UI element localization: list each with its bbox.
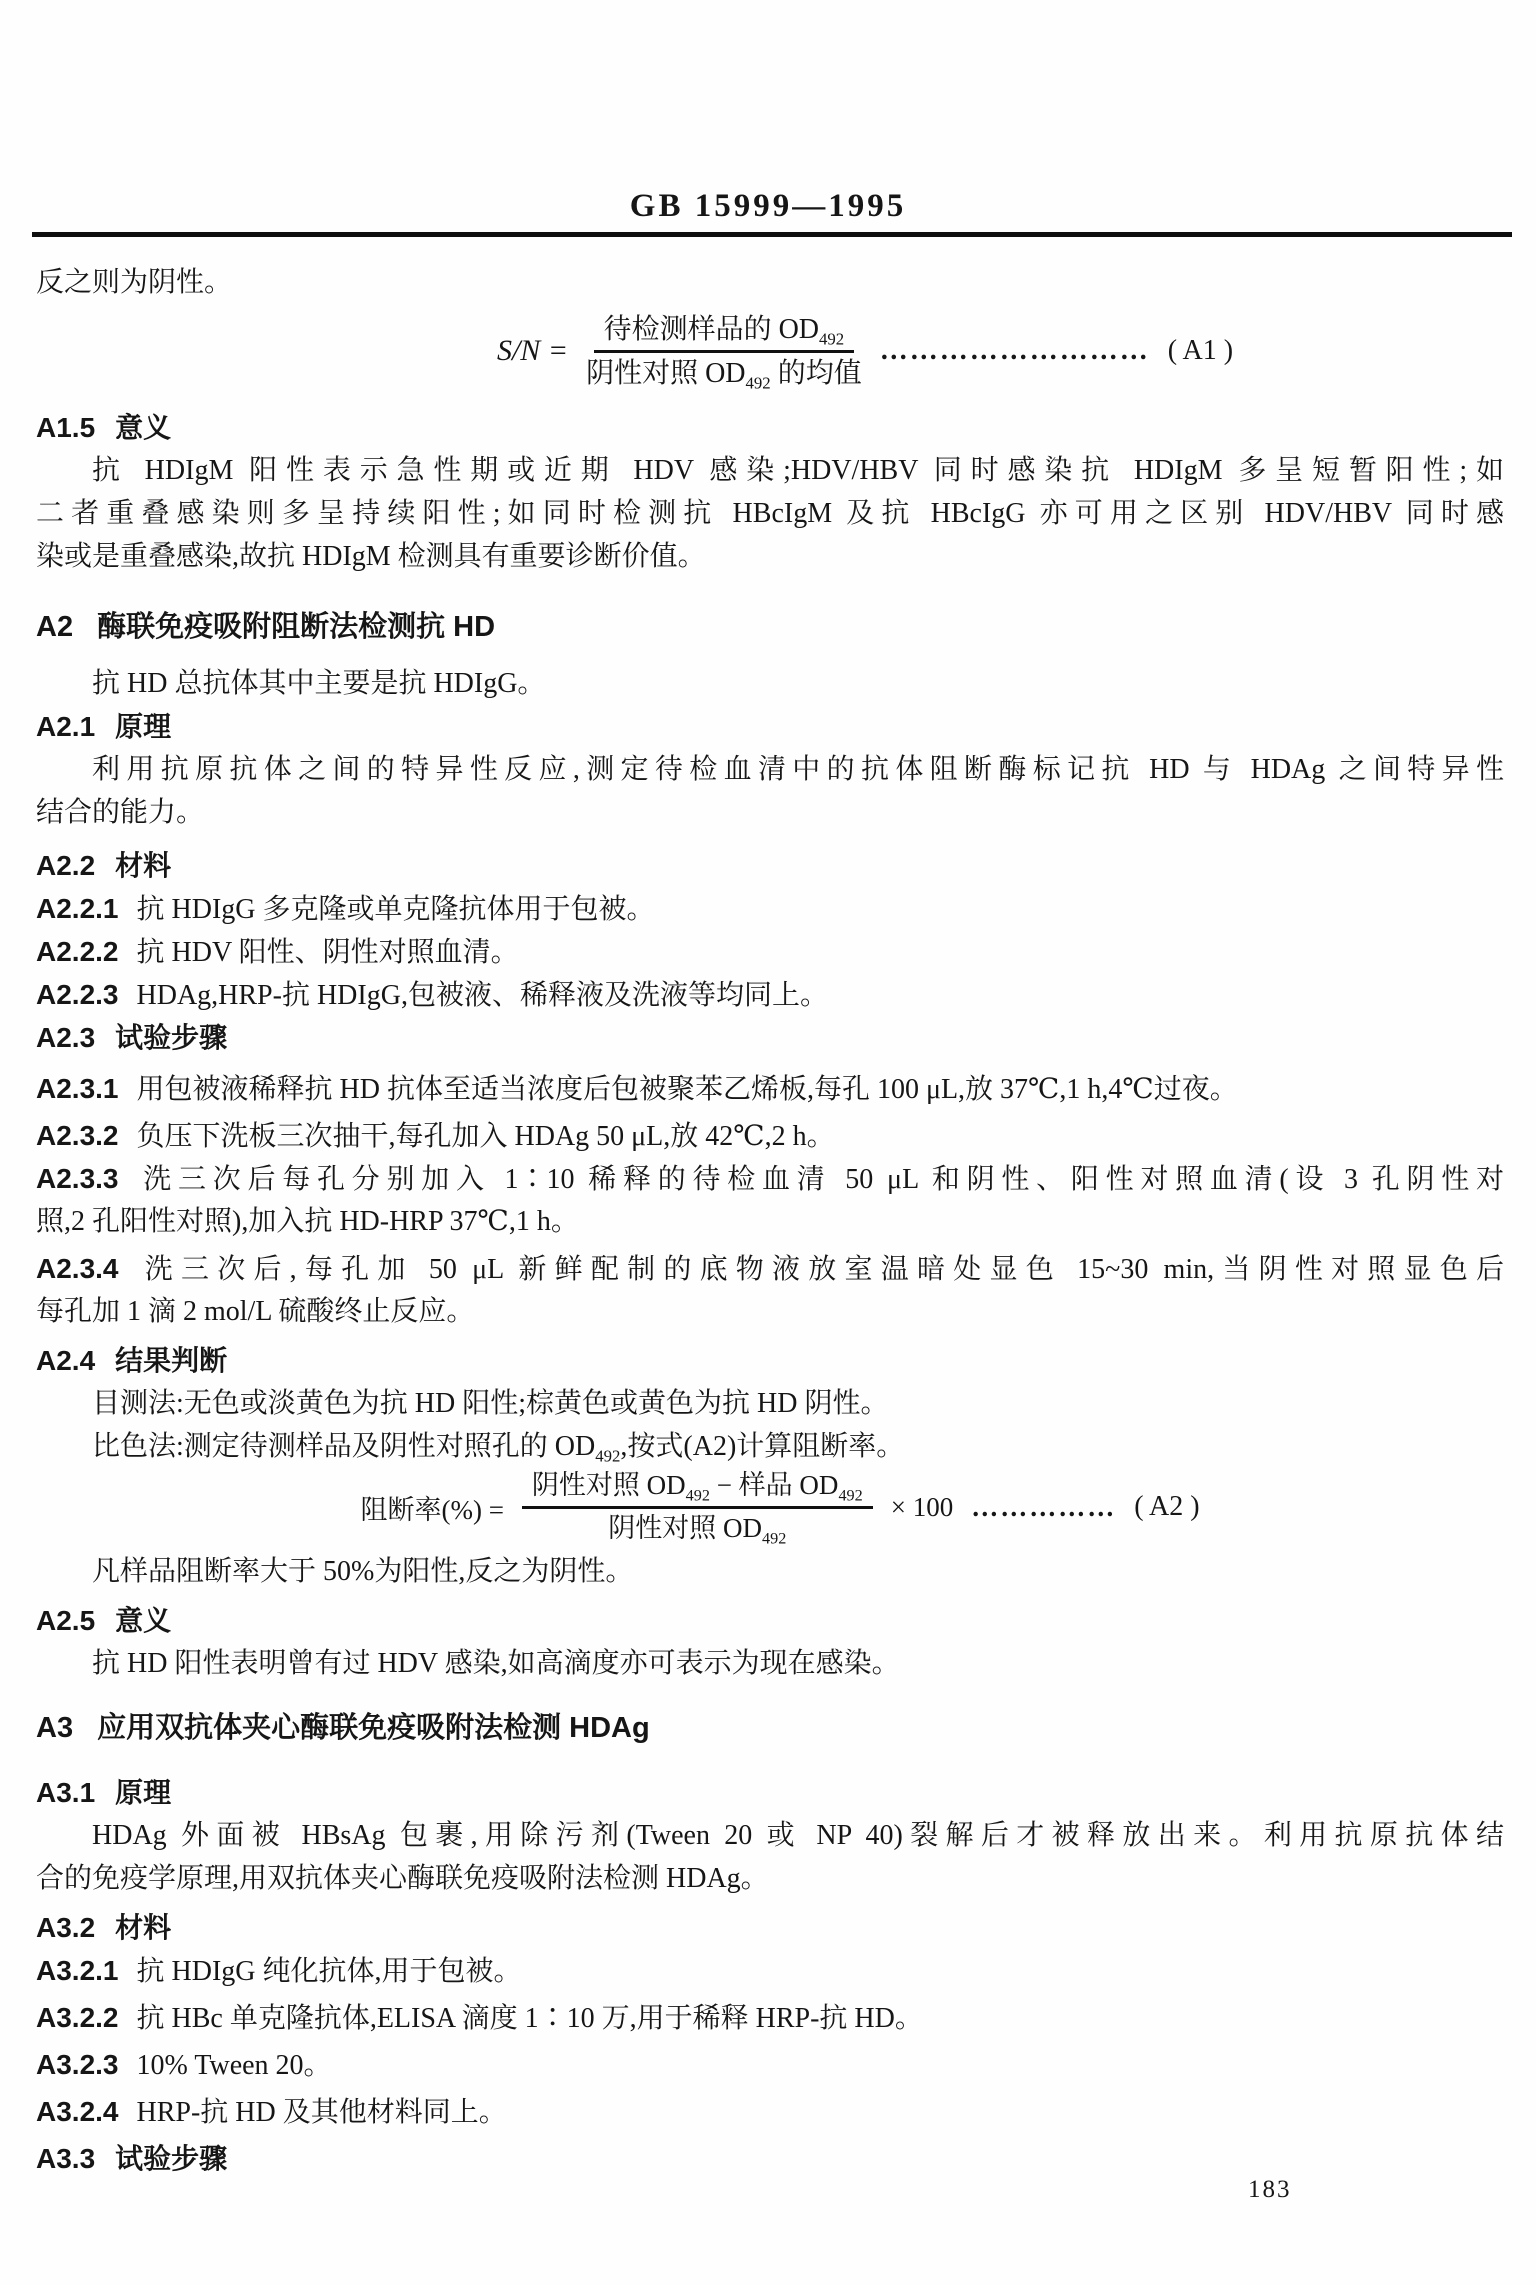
intro-line: 反之则为阴性。 (36, 261, 1504, 304)
paragraph-line: 抗 HD 总抗体其中主要是抗 HDIgG。 (36, 662, 1504, 705)
formula-a2-fraction: 阴性对照 OD492 − 样品 OD492 阴性对照 OD492 (522, 1469, 873, 1546)
formula-a1-denominator: 阴性对照 OD492 的均值 (586, 353, 862, 391)
clause-a2-2-2: A2.2.2抗 HDV 阳性、阴性对照血清。 (36, 930, 1504, 973)
document-page: GB 15999—1995 反之则为阴性。 S/N = 待检测样品的 OD492… (0, 0, 1536, 2285)
clause-a3-2-4: A3.2.4HRP-抗 HD 及其他材料同上。 (36, 2090, 1504, 2133)
section-heading-a3: A3应用双抗体夹心酶联免疫吸附法检测 HDAg (36, 1705, 1504, 1751)
document-content: 反之则为阴性。 S/N = 待检测样品的 OD492 阴性对照 OD492 的均… (0, 261, 1536, 2180)
clause-a2-3-3: A2.3.3洗三次后每孔分别加入 1∶10 稀释的待检血清 50 μL 和阴性、… (36, 1157, 1504, 1200)
paragraph-line: 抗 HDIgM 阳性表示急性期或近期 HDV 感染;HDV/HBV 同时感染抗 … (36, 449, 1504, 492)
formula-a1: S/N = 待检测样品的 OD492 阴性对照 OD492 的均值 ………………… (131, 308, 1536, 394)
formula-a1-numerator: 待检测样品的 OD492 (594, 312, 855, 353)
clause-heading-a1-5: A1.5意义 (36, 406, 1504, 449)
clause-heading-a2-5: A2.5意义 (36, 1599, 1504, 1642)
formula-a2-numerator: 阴性对照 OD492 − 样品 OD492 (522, 1469, 873, 1509)
header-rule (32, 232, 1512, 237)
clause-a2-3-4: A2.3.4洗三次后,每孔加 50 μL 新鲜配制的底物液放室温暗处显色 15~… (36, 1247, 1504, 1290)
clause-heading-a2-4: A2.4结果判断 (36, 1339, 1504, 1382)
paragraph-line: 结合的能力。 (36, 791, 1504, 834)
clause-heading-a2-3: A2.3试验步骤 (36, 1016, 1504, 1059)
standard-code: GB 15999—1995 (0, 0, 1536, 225)
paragraph-line: 目测法:无色或淡黄色为抗 HD 阳性;棕黄色或黄色为抗 HD 阴性。 (36, 1382, 1504, 1425)
formula-a2-lhs: 阻断率(%) = (360, 1488, 503, 1527)
paragraph-line: 合的免疫学原理,用双抗体夹心酶联免疫吸附法检测 HDAg。 (36, 1857, 1504, 1900)
formula-a2-multiplier: × 100 (891, 1492, 953, 1523)
formula-a1-fraction: 待检测样品的 OD492 阴性对照 OD492 的均值 (586, 312, 862, 391)
formula-a2-dots: …………… (971, 1492, 1116, 1523)
section-heading-a2: A2酶联免疫吸附阻断法检测抗 HD (36, 604, 1504, 650)
clause-a2-3-1: A2.3.1用包被液稀释抗 HD 抗体至适当浓度后包被聚苯乙烯板,每孔 100 … (36, 1067, 1504, 1110)
paragraph-line: 二者重叠感染则多呈持续阳性;如同时检测抗 HBcIgM 及抗 HBcIgG 亦可… (36, 492, 1504, 535)
formula-a1-dots: ……………………… (880, 335, 1150, 367)
formula-a2: 阻断率(%) = 阴性对照 OD492 − 样品 OD492 阴性对照 OD49… (46, 1468, 1514, 1546)
clause-heading-a3-2: A3.2材料 (36, 1906, 1504, 1949)
clause-heading-a2-1: A2.1原理 (36, 705, 1504, 748)
paragraph-line: 抗 HD 阳性表明曾有过 HDV 感染,如高滴度亦可表示为现在感染。 (36, 1642, 1504, 1685)
formula-a1-label: ( A1 ) (1168, 335, 1233, 367)
paragraph-line: 凡样品阻断率大于 50%为阳性,反之为阴性。 (36, 1550, 1504, 1593)
clause-heading-a3-1: A3.1原理 (36, 1771, 1504, 1814)
paragraph-line-colorimetric: 比色法:测定待测样品及阴性对照孔的 OD492,按式(A2)计算阻断率。 (36, 1425, 1504, 1468)
formula-a2-label: ( A2 ) (1134, 1491, 1199, 1523)
formula-a2-denominator: 阴性对照 OD492 (608, 1509, 786, 1546)
clause-a3-2-1: A3.2.1抗 HDIgG 纯化抗体,用于包被。 (36, 1949, 1504, 1992)
clause-a2-3-2: A2.3.2负压下洗板三次抽干,每孔加入 HDAg 50 μL,放 42℃,2 … (36, 1114, 1504, 1157)
clause-a3-2-3: A3.2.310% Tween 20。 (36, 2043, 1504, 2086)
clause-heading-a3-3: A3.3试验步骤 (36, 2137, 1504, 2180)
clause-a3-2-2: A3.2.2抗 HBc 单克隆抗体,ELISA 滴度 1∶10 万,用于稀释 H… (36, 1996, 1504, 2039)
clause-a2-2-1: A2.2.1抗 HDIgG 多克隆或单克隆抗体用于包被。 (36, 887, 1504, 930)
clause-a2-3-4-cont: 每孔加 1 滴 2 mol/L 硫酸终止反应。 (36, 1290, 1504, 1333)
page-number: 183 (1248, 2176, 1292, 2204)
paragraph-line: HDAg 外面被 HBsAg 包裹,用除污剂(Tween 20 或 NP 40)… (36, 1814, 1504, 1857)
clause-a2-2-3: A2.2.3HDAg,HRP-抗 HDIgG,包被液、稀释液及洗液等均同上。 (36, 973, 1504, 1016)
paragraph-line: 利用抗原抗体之间的特异性反应,测定待检血清中的抗体阻断酶标记抗 HD 与 HDA… (36, 748, 1504, 791)
formula-a1-lhs: S/N = (497, 334, 568, 368)
paragraph-line: 染或是重叠感染,故抗 HDIgM 检测具有重要诊断价值。 (36, 535, 1504, 578)
clause-heading-a2-2: A2.2材料 (36, 844, 1504, 887)
clause-a2-3-3-cont: 照,2 孔阳性对照),加入抗 HD-HRP 37℃,1 h。 (36, 1200, 1504, 1243)
